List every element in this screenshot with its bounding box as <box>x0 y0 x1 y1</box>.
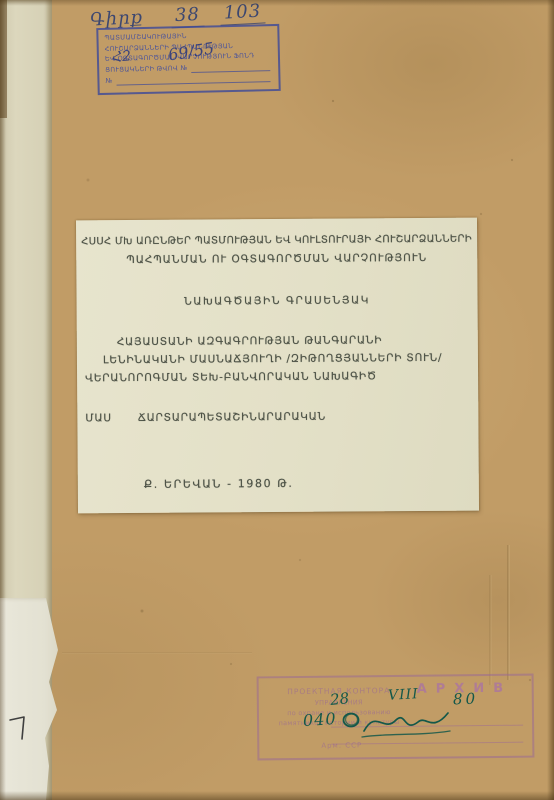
organization-line-2: ՊԱՀՊԱՆՄԱՆ ՈՒ ՕԳՏԱԳՈՐԾՄԱՆ ՎԱՐՉՈՒԹՅՈՒՆ <box>76 252 477 267</box>
organization-line-1: ՀՍՍՀ ՄԽ ԱՌԸՆԹԵՐ ՊԱՏՄՈՒԹՅԱՆ ԵՎ ԿՈՒԼՏՈՒՐԱՅ… <box>76 234 477 248</box>
handwritten-archive-number: 040 <box>302 709 337 730</box>
torn-tape-patch <box>0 598 64 800</box>
project-title-line-3: ՎԵՐԱՆՈՐՈԳՄԱՆ ՏԵԽ-ԲԱՆՎՈՐԱԿԱՆ ՆԱԽԱԳԻԾ <box>85 370 377 384</box>
handwritten-archive-day: 28 <box>329 689 350 709</box>
part-value: ՃԱՐՏԱՐԱՊԵՏԱՇԻՆԱՐԱՐԱԿԱՆ <box>138 411 326 424</box>
archival-folder-cover: Գիրք38103 ՊԱՏՄԱՄՇԱԿՈՒԹԱՅԻՆ ՀՈՒՇԱՐՁԱՆՆԵՐԻ… <box>0 0 554 800</box>
handwritten-number-2: 103 <box>219 0 266 25</box>
typed-title-label: ՀՍՍՀ ՄԽ ԱՌԸՆԹԵՐ ՊԱՏՄՈՒԹՅԱՆ ԵՎ ԿՈՒԼՏՈՒՐԱՅ… <box>76 218 479 514</box>
part-label: ՄԱՍ <box>85 412 112 424</box>
stamp-number-label: № <box>105 76 112 87</box>
crease-line <box>62 652 252 654</box>
crease-line <box>489 575 492 685</box>
signature-scribble <box>358 703 458 745</box>
office-name: ՆԱԽԱԳԾԱՅԻՆ ԳՐԱՍԵՆՅԱԿ <box>77 294 478 309</box>
crease-line <box>507 545 510 680</box>
city-year-line: Ք. ԵՐԵՎԱՆ - 1980 Թ. <box>144 477 294 491</box>
corner-pencil-mark <box>7 714 29 742</box>
handwritten-archive-month: VIII <box>388 686 419 704</box>
part-line: ՄԱՍՃԱՐՏԱՐԱՊԵՏԱՇԻՆԱՐԱՐԱԿԱՆ <box>85 411 326 425</box>
project-title-line-1: ՀԱՅԱՍՏԱՆԻ ԱԶԳԱԳՐՈՒԹՅԱՆ ԹԱՆԳԱՐԱՆԻ <box>117 334 383 348</box>
handwritten-number-1: 38 <box>170 4 204 29</box>
cover-spine-edge <box>0 0 7 118</box>
handwritten-stamp-entry: Հ2 <box>111 48 131 65</box>
project-title-line-2: ԼԵՆԻՆԱԿԱՆԻ ՄԱՍՆԱՃՅՈՒՂԻ /ԶԻԹՈՂՑՅԱՆՆԵՐԻ ՏՈ… <box>103 352 442 366</box>
